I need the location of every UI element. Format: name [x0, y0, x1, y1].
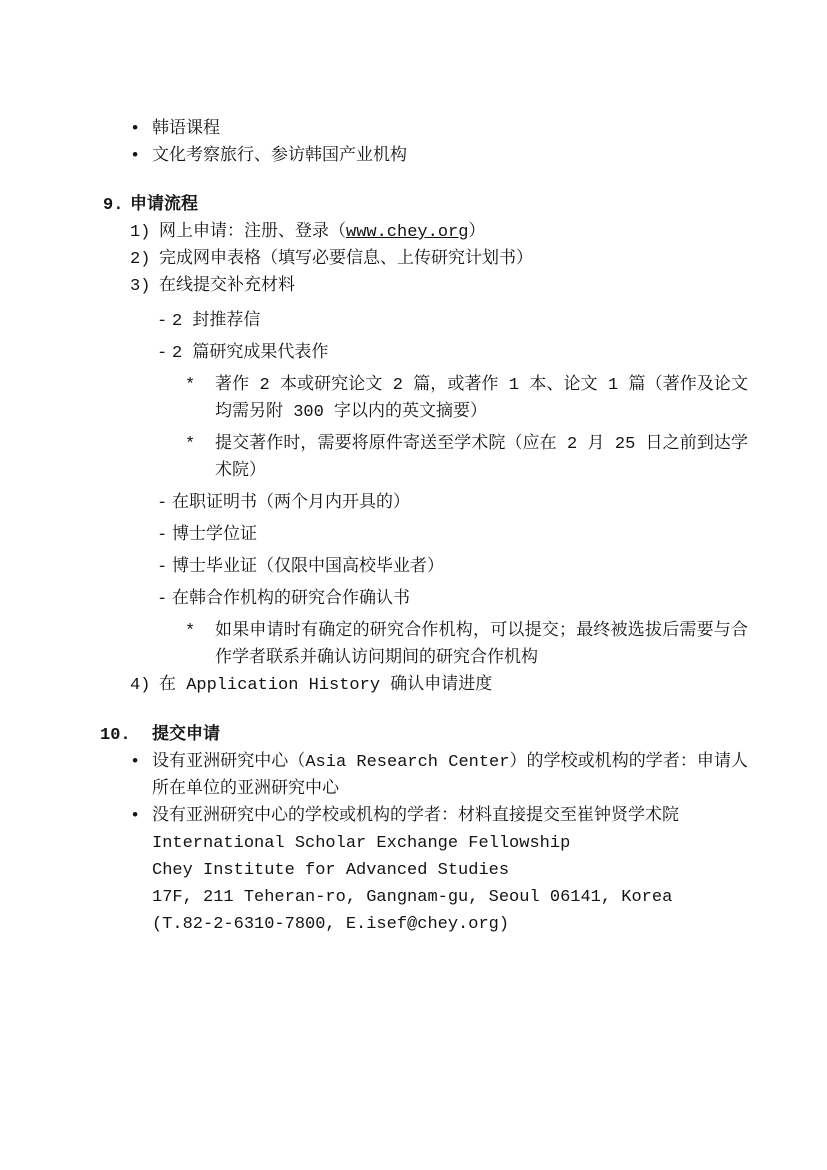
step-text: 网上申请：注册、登录（www.chey.org） — [159, 219, 748, 246]
dash-marker: - — [157, 308, 172, 335]
dash-marker: - — [157, 586, 172, 613]
address-line-street: 17F, 211 Teheran-ro, Gangnam-gu, Seoul 0… — [152, 884, 748, 911]
material-text: 2 封推荐信 — [172, 308, 748, 335]
list-item-text: 韩语课程 — [152, 116, 748, 143]
step-text: 在线提交补充材料 — [159, 273, 748, 300]
step-text: 在 Application History 确认申请进度 — [159, 672, 748, 699]
section-10-number: 10. — [100, 722, 152, 749]
submit-directly-to-chey: • 没有亚洲研究中心的学校或机构的学者：材料直接提交至崔钟贤学术院 — [130, 803, 748, 830]
material-recommendation-letters: - 2 封推荐信 — [157, 308, 748, 335]
dash-marker: - — [157, 554, 172, 581]
list-item-korean-course: • 韩语课程 — [130, 116, 748, 143]
bullet-icon: • — [130, 803, 152, 830]
section-9-number: 9. — [103, 192, 130, 219]
material-employment-certificate: - 在职证明书（两个月内开具的） — [157, 490, 748, 517]
step-number: 1) — [130, 219, 159, 246]
bullet-text: 设有亚洲研究中心（Asia Research Center）的学校或机构的学者：… — [152, 749, 748, 803]
chey-website-link[interactable]: www.chey.org — [346, 223, 468, 242]
material-phd-diploma: - 博士毕业证（仅限中国高校毕业者） — [157, 554, 748, 581]
section-10-title: 提交申请 — [152, 722, 748, 749]
step-application-history: 4) 在 Application History 确认申请进度 — [130, 672, 748, 699]
bullet-icon: • — [130, 143, 152, 170]
material-cooperation-confirmation: - 在韩合作机构的研究合作确认书 — [157, 586, 748, 613]
asterisk-marker: * — [185, 372, 215, 399]
dash-marker: - — [157, 522, 172, 549]
bullet-text: 没有亚洲研究中心的学校或机构的学者：材料直接提交至崔钟贤学术院 — [152, 803, 748, 830]
step-text-suffix: ） — [468, 223, 485, 242]
note-text: 提交著作时，需要将原件寄送至学术院（应在 2 月 25 日之前到达学术院） — [215, 431, 748, 485]
step-number: 2) — [130, 246, 159, 273]
address-line-fellowship: International Scholar Exchange Fellowshi… — [152, 830, 748, 857]
list-item-text: 文化考察旅行、参访韩国产业机构 — [152, 143, 748, 170]
address-line-contact: (T.82-2-6310-7800, E.isef@chey.org) — [152, 911, 748, 938]
address-line-institute: Chey Institute for Advanced Studies — [152, 857, 748, 884]
asterisk-marker: * — [185, 431, 215, 458]
note-works-count: * 著作 2 本或研究论文 2 篇，或著作 1 本、论文 1 篇（著作及论文均需… — [185, 372, 748, 426]
step-text: 完成网申表格（填写必要信息、上传研究计划书） — [159, 246, 748, 273]
note-text: 如果申请时有确定的研究合作机构，可以提交；最终被选拔后需要与合作学者联系并确认访… — [215, 618, 748, 672]
material-text: 在韩合作机构的研究合作确认书 — [172, 586, 748, 613]
note-cooperation-org: * 如果申请时有确定的研究合作机构，可以提交；最终被选拔后需要与合作学者联系并确… — [185, 618, 748, 672]
material-text: 在职证明书（两个月内开具的） — [172, 490, 748, 517]
step-complete-form: 2) 完成网申表格（填写必要信息、上传研究计划书） — [130, 246, 748, 273]
dash-marker: - — [157, 340, 172, 367]
submit-via-asia-research-center: • 设有亚洲研究中心（Asia Research Center）的学校或机构的学… — [130, 749, 748, 803]
material-text: 2 篇研究成果代表作 — [172, 340, 748, 367]
step-online-application: 1) 网上申请：注册、登录（www.chey.org） — [130, 219, 748, 246]
section-9-heading: 9. 申请流程 — [103, 192, 748, 219]
document-page: • 韩语课程 • 文化考察旅行、参访韩国产业机构 9. 申请流程 1) 网上申请… — [0, 0, 827, 1170]
step-text-prefix: 网上申请：注册、登录（ — [159, 223, 346, 242]
material-text: 博士学位证 — [172, 522, 748, 549]
note-text: 著作 2 本或研究论文 2 篇，或著作 1 本、论文 1 篇（著作及论文均需另附… — [215, 372, 748, 426]
asterisk-marker: * — [185, 618, 215, 645]
dash-marker: - — [157, 490, 172, 517]
step-number: 3) — [130, 273, 159, 300]
note-mail-originals: * 提交著作时，需要将原件寄送至学术院（应在 2 月 25 日之前到达学术院） — [185, 431, 748, 485]
step-number: 4) — [130, 672, 159, 699]
section-10-heading: 10. 提交申请 — [100, 722, 748, 749]
material-representative-works: - 2 篇研究成果代表作 — [157, 340, 748, 367]
material-text: 博士毕业证（仅限中国高校毕业者） — [172, 554, 748, 581]
list-item-culture-tour: • 文化考察旅行、参访韩国产业机构 — [130, 143, 748, 170]
section-9-title: 申请流程 — [130, 192, 748, 219]
bullet-icon: • — [130, 749, 152, 776]
bullet-icon: • — [130, 116, 152, 143]
material-phd-degree: - 博士学位证 — [157, 522, 748, 549]
step-submit-materials: 3) 在线提交补充材料 — [130, 273, 748, 300]
